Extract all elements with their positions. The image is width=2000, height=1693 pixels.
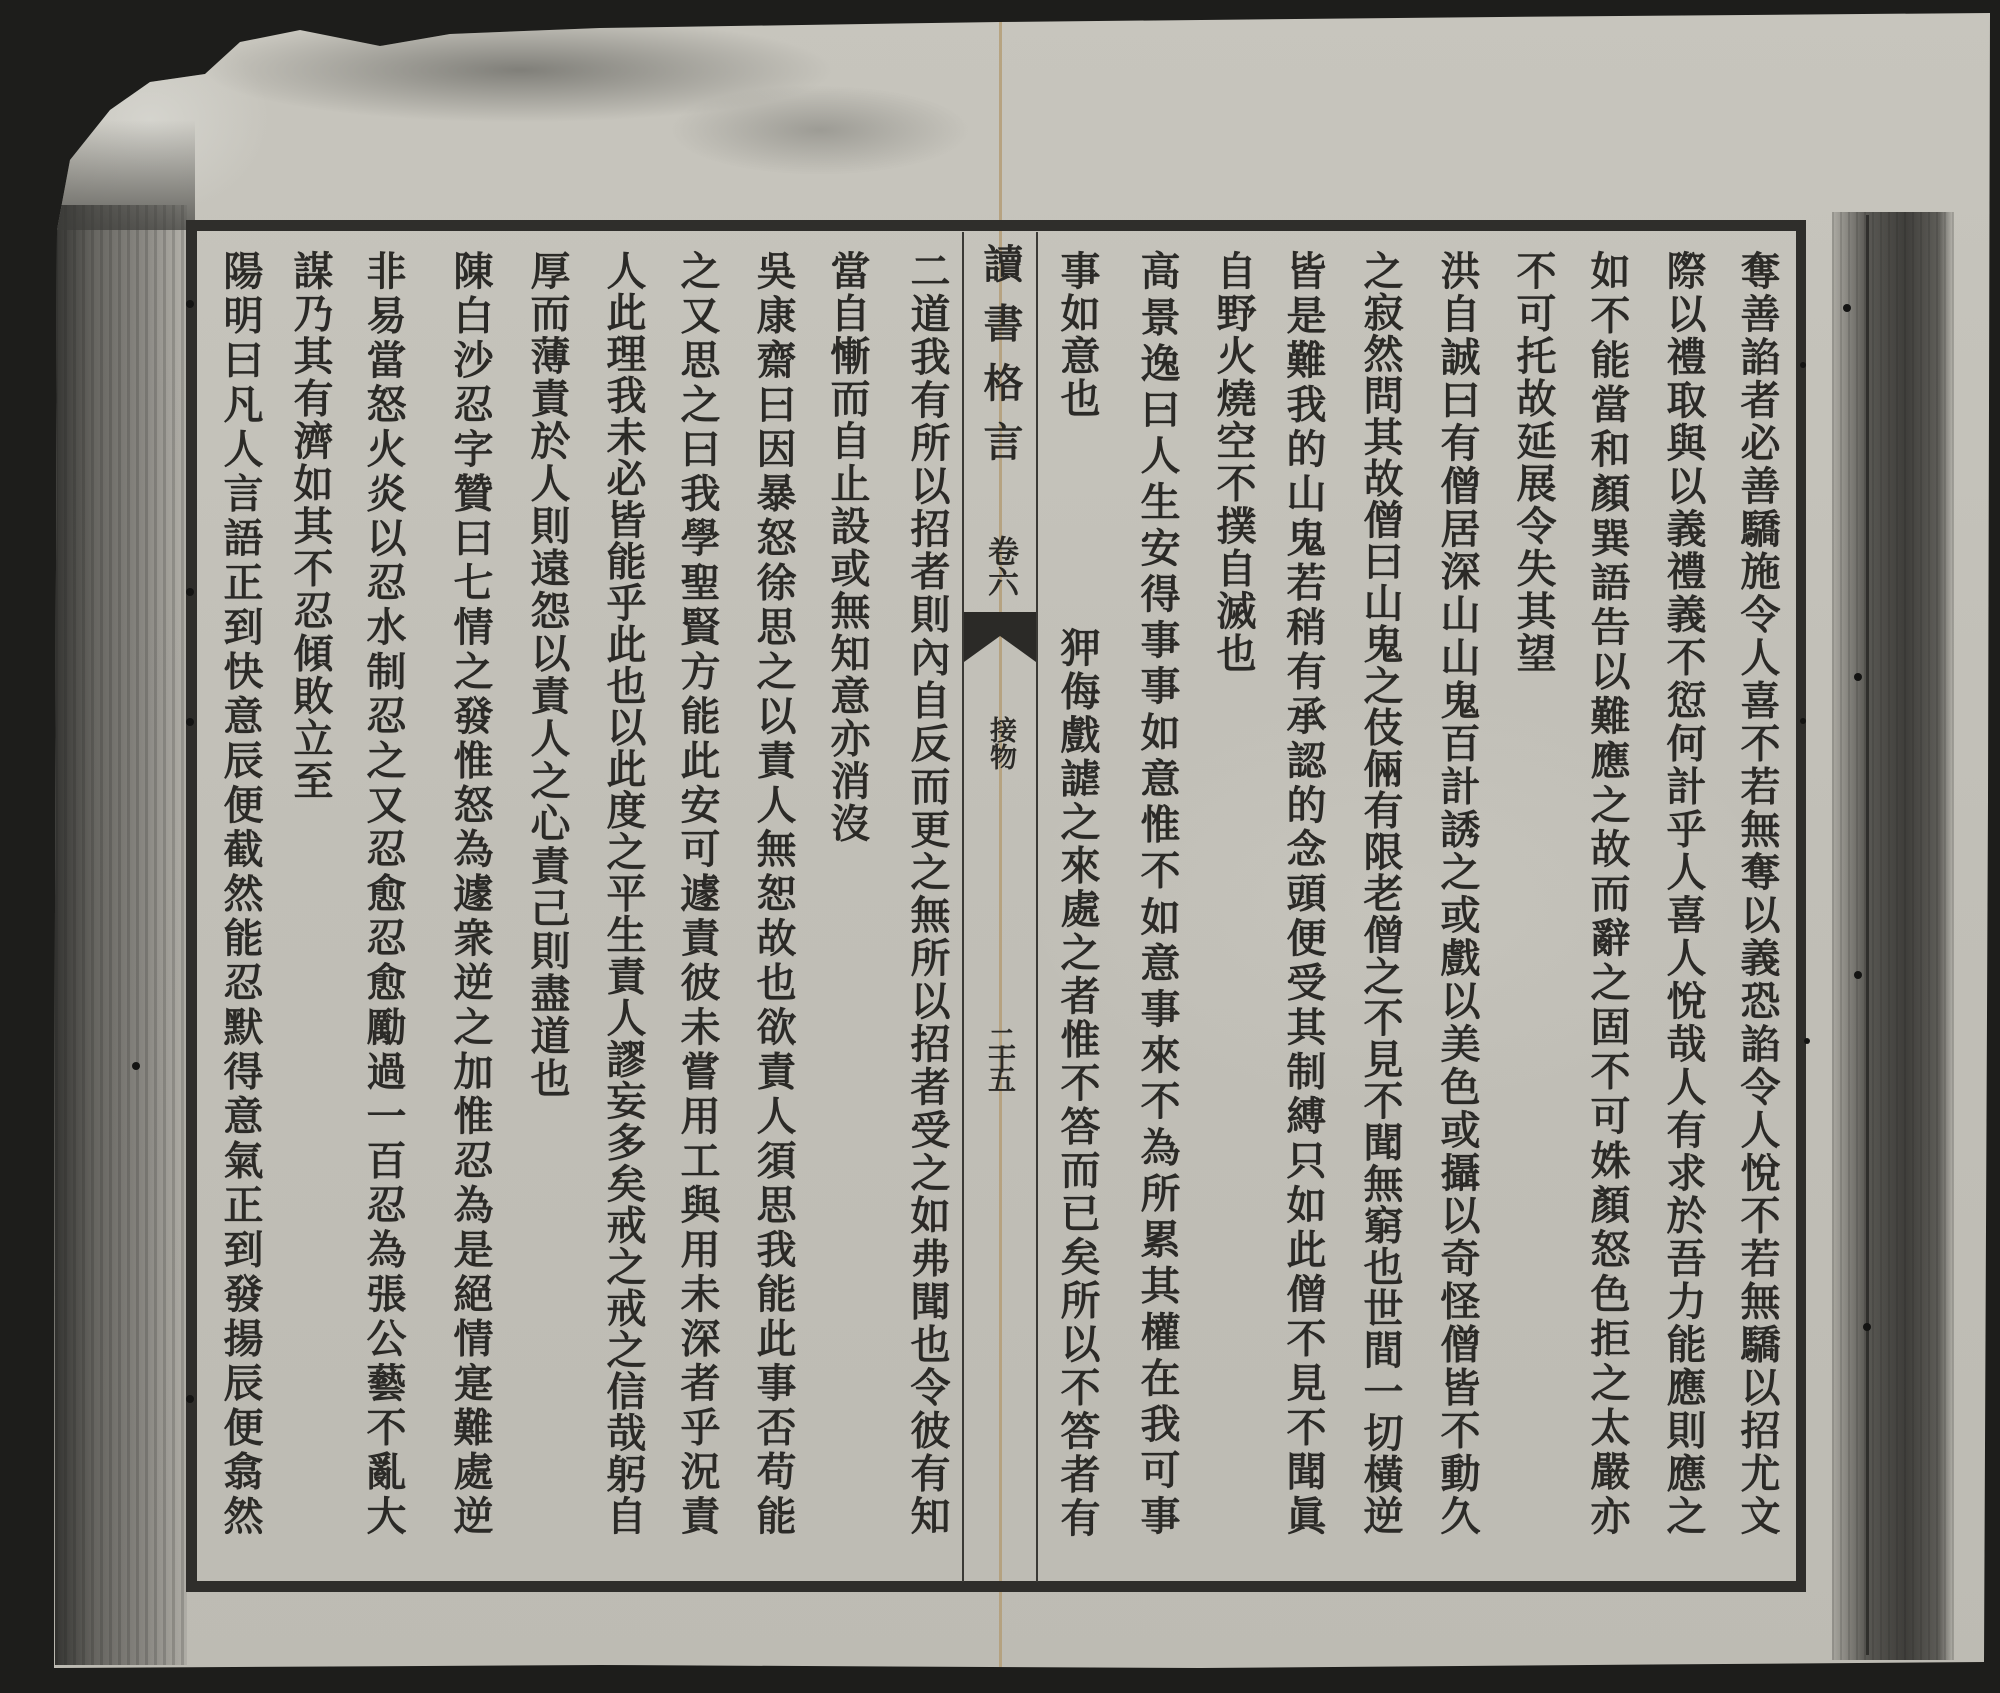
binding-hole [1800,718,1806,724]
binding-hole [1854,971,1862,979]
torn-corner-shadow [55,120,195,230]
right-margin-rule [1866,215,1869,1655]
banxin-volume: 卷六 [976,535,1024,597]
text-column: 奪善諂者必善驕施令人喜不若無奪以義恐諂令人悅不若無驕以招尤文 [1733,250,1781,1535]
binding-hole [186,588,194,596]
text-column: 二道我有所以招者則內自反而更之無所以招者受之如弗聞也令彼有知 [903,250,951,1535]
text-column: 人此理我未必皆能乎此也以此度之平生責人謬妄多矣戒之戒之信哉躬自 [599,250,647,1535]
text-column: 非易當怒火炎以忍水制忍之又忍愈忍愈勵過一百忍為張公藝不亂大 [359,250,407,1535]
binding-hole [132,1062,140,1070]
left-margin-ink-smudge [55,205,187,1665]
text-column: 之又思之曰我學聖賢方能此安可遽責彼未嘗用工與用未深者乎況責 [673,250,721,1535]
text-column: 陽明曰凡人言語正到快意辰便截然能忍默得意氣正到發揚辰便翕然 [216,250,264,1535]
binding-hole [186,300,194,308]
banxin-section: 接物 [976,716,1024,770]
banxin-right-rule [1036,232,1038,1582]
fishtail-ornament-icon [964,612,1036,664]
text-column: 事如意也 [1053,250,1101,420]
text-column: 皆是難我的山鬼若稍有承認的念頭便受其制縛只如此僧不見不聞眞 [1279,250,1327,1535]
text-column: 之寂然問其故僧曰山鬼之伎倆有限老僧之不見不聞無窮也世間一切橫逆 [1356,250,1404,1535]
banxin-book-title: 讀書格言 [976,243,1024,461]
text-column: 自野火燒空不撲自滅也 [1209,250,1257,675]
paper-sheet: 讀書格言 卷六 接物 二十五 奪善諂者必善驕施令人喜不若無奪以義恐諂令人悅不若無… [0,0,2000,1693]
binding-hole [1854,673,1862,681]
text-column: 洪自誠曰有僧居深山山鬼百計誘之或戲以美色或攝以奇怪僧皆不動久 [1433,250,1481,1535]
text-column: 謀乃其有濟如其不忍傾敗立至 [286,250,334,803]
binding-hole [1843,304,1851,312]
right-margin-ink-smudge [1832,212,1954,1660]
text-column: 吳康齋曰因暴怒徐思之以責人無恕故也欲責人須思我能此事否苟能 [749,250,797,1535]
banxin-page-number: 二十五 [976,1025,1024,1085]
binding-hole [1800,362,1806,368]
text-column: 高景逸曰人生安得事事如意惟不如意事來不為所累其權在我可事 [1133,250,1181,1535]
text-column: 如不能當和顏巽語告以難應之故而辭之固不可姝顏怒色拒之太嚴亦 [1583,250,1631,1535]
text-column: 陳白沙忍字贊曰七情之發惟怒為遽衆逆之加惟忍為是絕情寔難處逆 [446,250,494,1535]
text-column-continuation: 狎侮戲謔之來處之者惟不答而已矣所以不答者有 [1053,627,1101,1537]
binding-hole [1804,1038,1810,1044]
text-column: 不可托故延展令失其望 [1509,250,1557,675]
binding-hole [186,1395,194,1403]
text-column: 厚而薄責於人則遠怨以責人之心責己則盡道也 [523,250,571,1100]
binding-hole [1863,1323,1871,1331]
binding-hole [186,718,194,726]
text-column: 際以禮取與以義禮義不愆何計乎人喜人悅哉人有求於吾力能應則應之 [1659,250,1707,1535]
banxin-left-rule [962,232,964,1582]
text-column: 當自慚而自止設或無知意亦消沒 [823,250,871,845]
